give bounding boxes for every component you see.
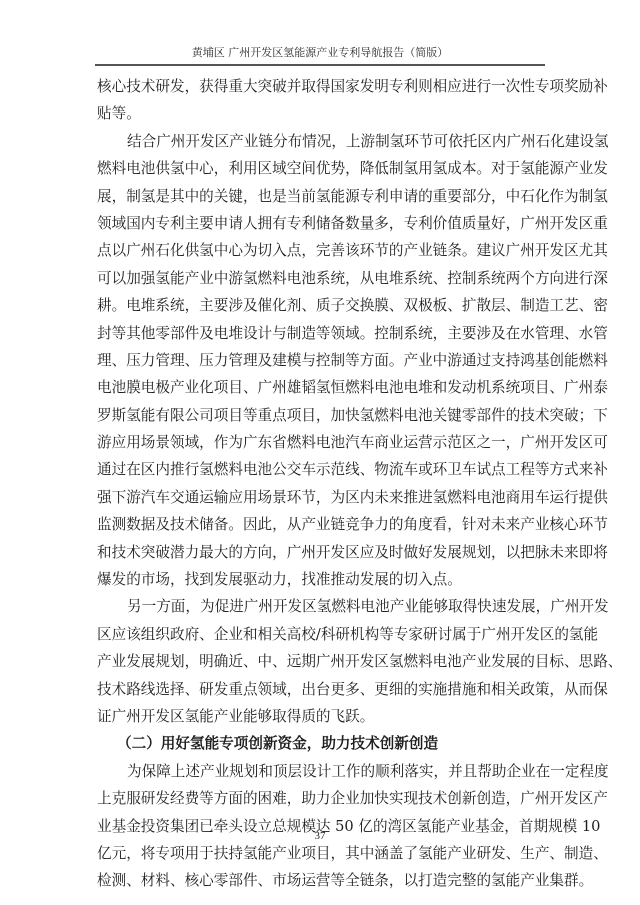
text-line: 证广州开发区氢能产业能够取得质的飞跃。 xyxy=(97,703,545,730)
text-line: 产业发展规划，明确近、中、远期广州开发区氢燃料电池产业发展的目标、思路、 xyxy=(97,648,545,675)
text-line: 另一方面，为促进广州开发区氢燃料电池产业能够取得快速发展，广州开发 xyxy=(97,593,545,620)
text-line: 和技术突破潜力最大的方向，广州开发区应及时做好发展规划，以把脉未来即将 xyxy=(97,539,545,566)
text-line: 电池膜电极产业化项目、广州雄韬氢恒燃料电池电堆和发动机系统项目、广州泰 xyxy=(97,374,545,401)
text-line: 可以加强氢能产业中游氢燃料电池系统，从电堆系统、控制系统两个方向进行深 xyxy=(97,265,545,292)
text-line: 检测、材料、核心零部件、市场运营等全链条，以打造完整的氢能产业集群。 xyxy=(97,867,545,894)
text-line: 强下游汽车交通运输应用场景环节，为区内未来推进氢燃料电池商用车运行提供 xyxy=(97,484,545,511)
document-body: 核心技术研发，获得重大突破并取得国家发明专利则相应进行一次性专项奖励补 贴等。 … xyxy=(97,73,545,895)
text-line: 游应用场景领域，作为广东省燃料电池汽车商业运营示范区之一，广州开发区可 xyxy=(97,429,545,456)
text-line: 为保障上述产业规划和顶层设计工作的顺利落实，并且帮助企业在一定程度 xyxy=(97,758,545,785)
text-line: 核心技术研发，获得重大突破并取得国家发明专利则相应进行一次性专项奖励补 xyxy=(97,73,545,100)
header-rule xyxy=(95,64,545,66)
text-line: 爆发的市场，找到发展驱动力，找准推动发展的切入点。 xyxy=(97,566,545,593)
text-line: 贴等。 xyxy=(97,100,545,127)
text-line: 结合广州开发区产业链分布情况，上游制氢环节可依托区内广州石化建设氢 xyxy=(97,128,545,155)
text-line: 罗斯氢能有限公司项目等重点项目，加快氢燃料电池关键零部件的技术突破；下 xyxy=(97,402,545,429)
text-line: 耕。电堆系统，主要涉及催化剂、质子交换膜、双极板、扩散层、制造工艺、密 xyxy=(97,292,545,319)
text-line: 燃料电池供氢中心，利用区域空间优势，降低制氢用氢成本。对于氢能源产业发 xyxy=(97,155,545,182)
text-line: 亿元，将专项用于扶持氢能产业项目，其中涵盖了氢能产业研发、生产、制造、 xyxy=(97,840,545,867)
text-line: 监测数据及技术储备。因此，从产业链竞争力的角度看，针对未来产业核心环节 xyxy=(97,511,545,538)
text-line: 区应该组织政府、企业和相关高校/科研机构等专家研讨属于广州开发区的氢能 xyxy=(97,621,545,648)
text-line: 展，制氢是其中的关键，也是当前氢能源专利申请的重要部分，中石化作为制氢 xyxy=(97,183,545,210)
text-line: 封等其他零部件及电堆设计与制造等领域。控制系统，主要涉及在水管理、水管 xyxy=(97,320,545,347)
text-line: 点以广州石化供氢中心为切入点，完善该环节的产业链条。建议广州开发区尤其 xyxy=(97,237,545,264)
section-heading: （二）用好氢能专项创新资金，助力技术创新创造 xyxy=(97,730,545,757)
text-line: 理、压力管理、压力管理及建模与控制等方面。产业中游通过支持鸿基创能燃料 xyxy=(97,347,545,374)
text-line: 通过在区内推行氢燃料电池公交车示范线、物流车或环卫车试点工程等方式来补 xyxy=(97,456,545,483)
text-line: 上克服研发经费等方面的困难，助力企业加快实现技术创新创造，广州开发区产 xyxy=(97,785,545,812)
page-number: 37 xyxy=(300,830,340,842)
text-line: 领域国内专利主要申请人拥有专利储备数量多，专利价值质量好，广州开发区重 xyxy=(97,210,545,237)
text-line: 技术路线选择、研发重点领域，出台更多、更细的实施措施和相关政策，从而保 xyxy=(97,676,545,703)
running-header: 黄埔区 广州开发区氢能源产业专利导航报告（简版） xyxy=(95,44,545,60)
